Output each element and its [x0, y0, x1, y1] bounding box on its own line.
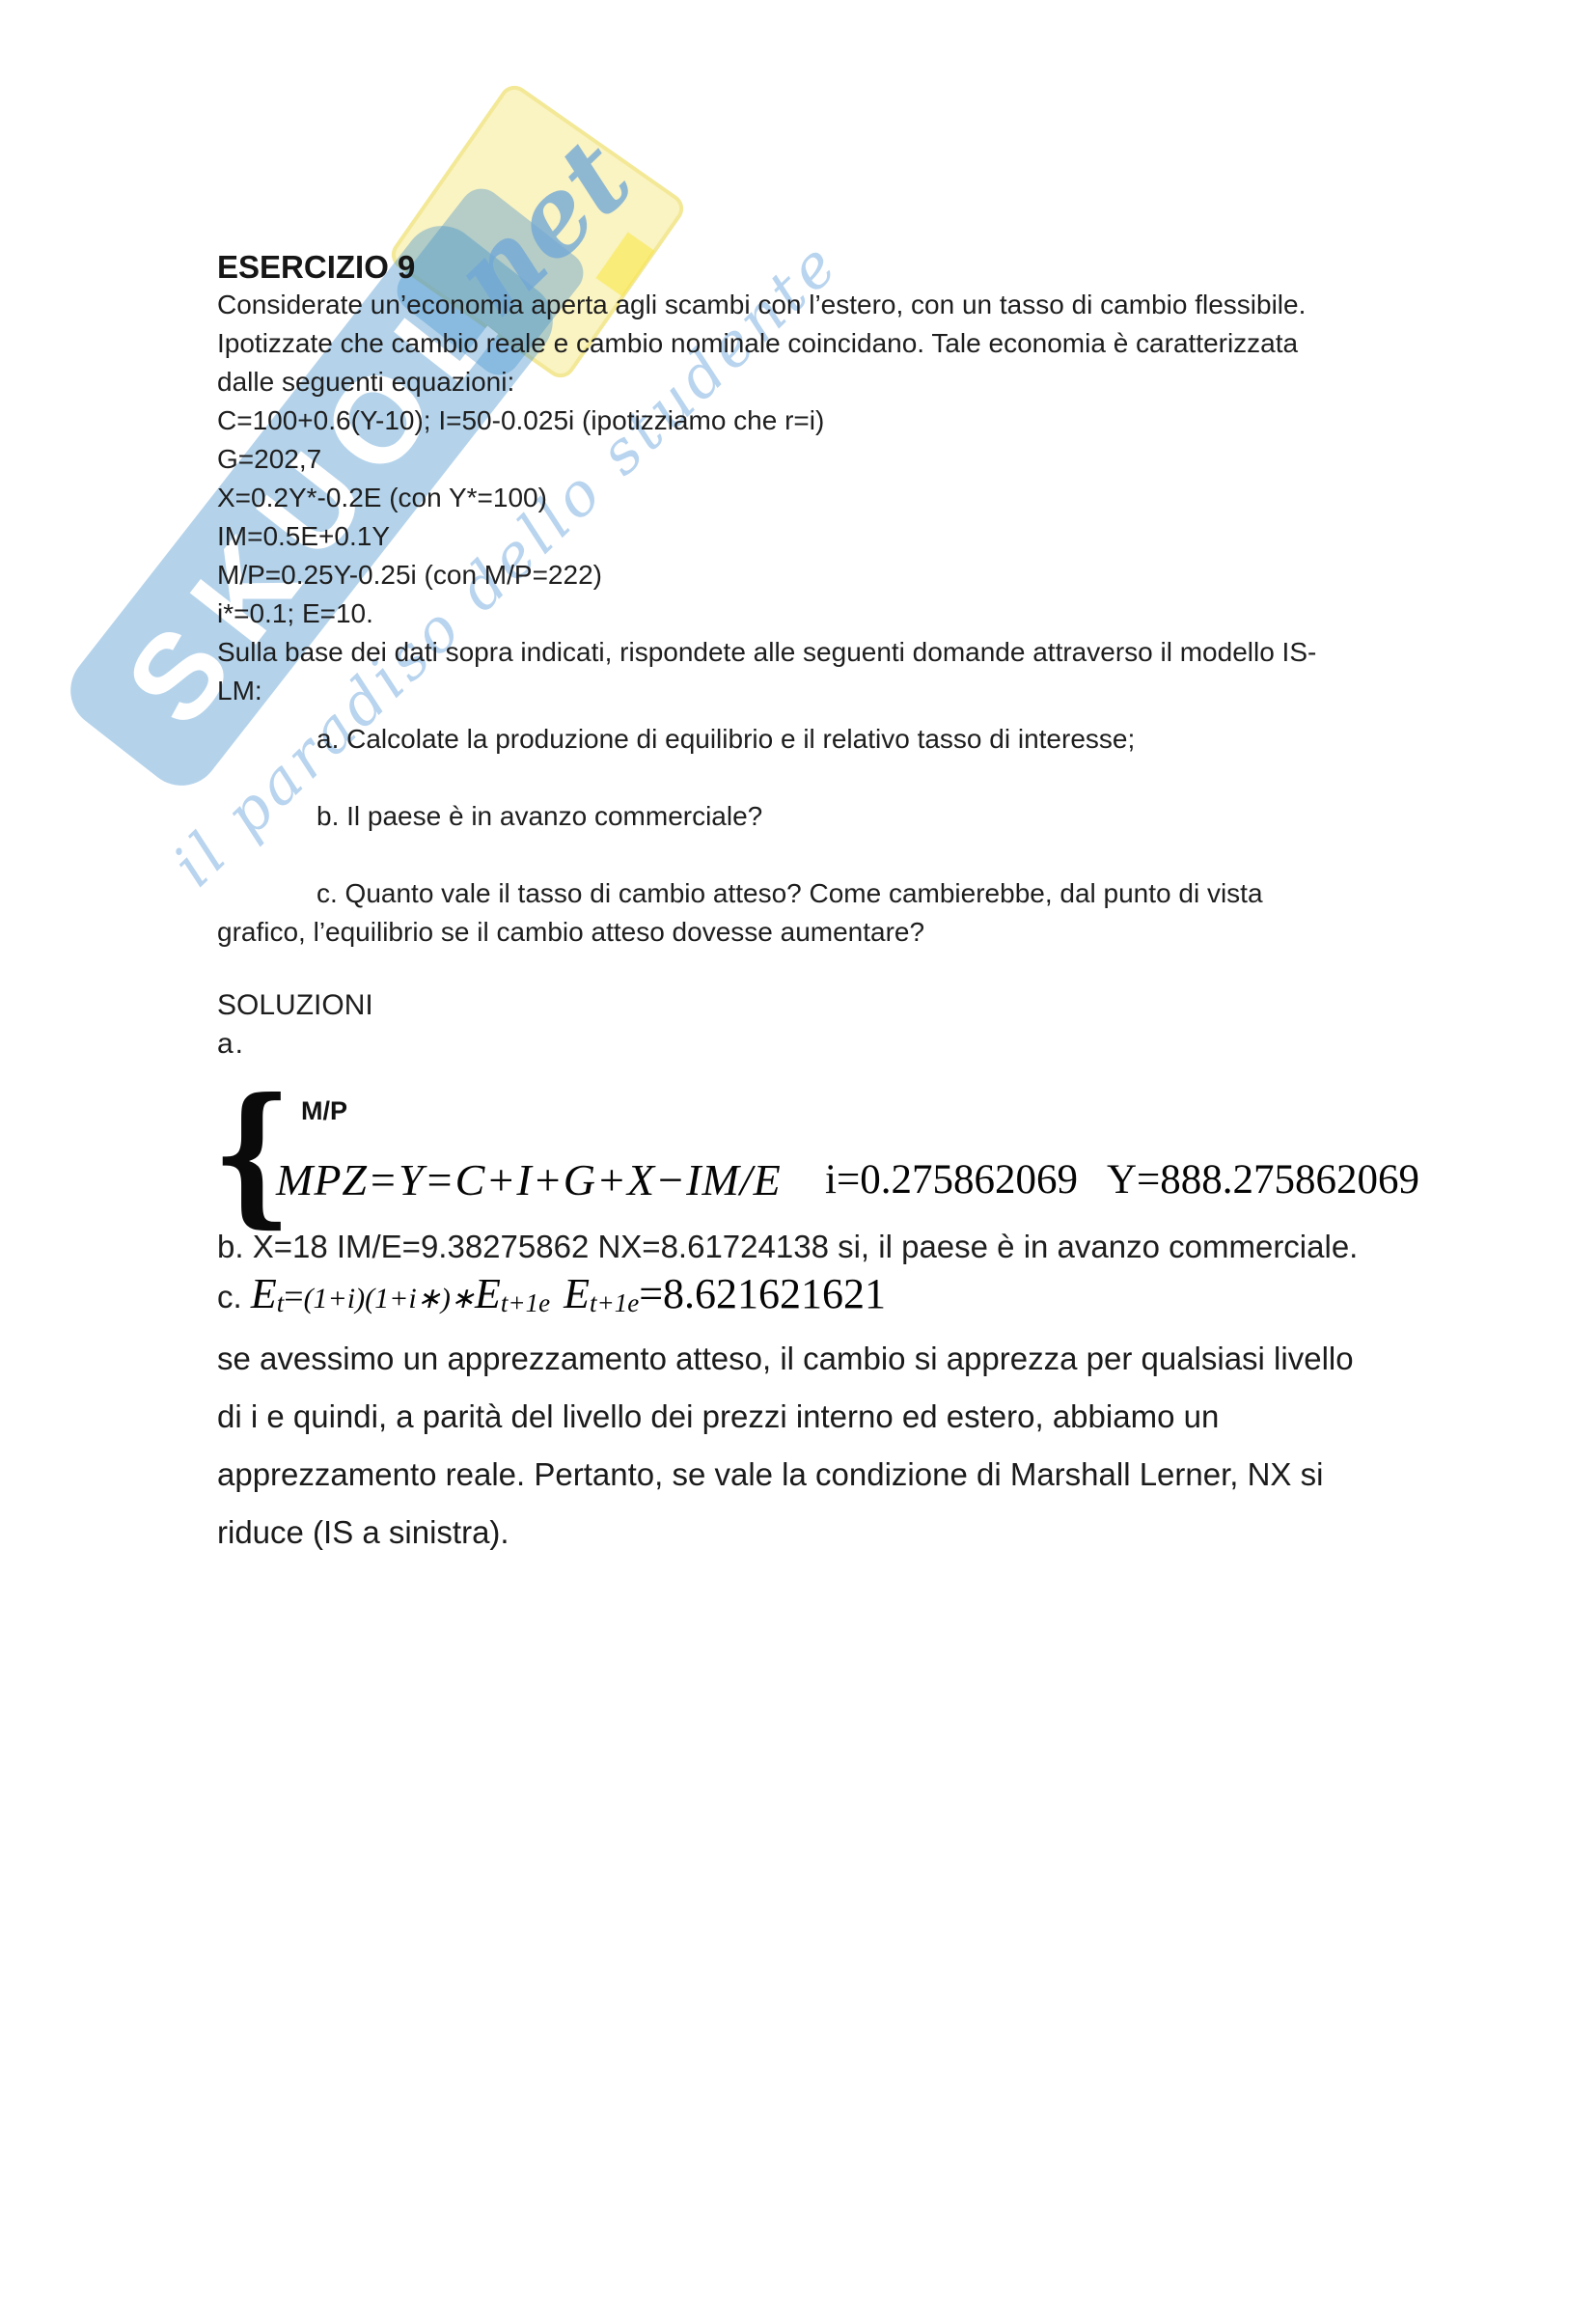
question-c: c. Quanto vale il tasso di cambio atteso…	[217, 874, 1263, 952]
math-E3: E	[564, 1270, 590, 1317]
math-sub3: t+1e	[590, 1288, 639, 1317]
math-equals: =	[284, 1277, 303, 1315]
question-c-line1: c. Quanto vale il tasso di cambio atteso…	[217, 874, 1263, 913]
solution-explanation: se avessimo un apprezzamento atteso, il …	[217, 1330, 1354, 1562]
system-results: i=0.275862069Y=888.275862069	[825, 1156, 1419, 1203]
document-content: ESERCIZIO 9 Considerate un’economia aper…	[0, 0, 1596, 2324]
question-c-line2: grafico, l’equilibrio se il cambio attes…	[217, 917, 924, 947]
exercise-prompt: Sulla base dei dati sopra indicati, risp…	[217, 633, 1316, 710]
question-a: a. Calcolate la produzione di equilibrio…	[217, 720, 1135, 759]
question-b: b. Il paese è in avanzo commerciale?	[217, 797, 762, 836]
system-is-equation: MPZ=Y=C+I+G+X−IM/E	[276, 1154, 782, 1205]
system-lm-label: M/P	[301, 1096, 347, 1126]
solution-c: c. Et=(1+i)(1+i∗)∗Et+1eEt+1e=8.621621621	[217, 1272, 886, 1325]
math-sub2: t+1e	[501, 1288, 550, 1317]
solution-c-prefix: c.	[217, 1279, 251, 1314]
exercise-title: ESERCIZIO 9	[217, 247, 415, 288]
exercise-intro-paragraph: Considerate un’economia aperta agli scam…	[217, 286, 1306, 401]
math-star: ∗	[451, 1283, 475, 1314]
math-E1: E	[251, 1270, 277, 1317]
result-output: Y=888.275862069	[1107, 1157, 1419, 1203]
result-interest-rate: i=0.275862069	[825, 1157, 1078, 1203]
solutions-heading: SOLUZIONI	[217, 986, 373, 1025]
solution-a-label: a.	[217, 1025, 245, 1064]
math-uip-group: (1+i)(1+i∗)	[304, 1283, 451, 1314]
solution-b: b. X=18 IM/E=9.38275862 NX=8.61724138 si…	[217, 1226, 1358, 1268]
math-result: =8.621621621	[639, 1270, 886, 1317]
math-E2: E	[475, 1270, 501, 1317]
exercise-equations: C=100+0.6(Y-10); I=50-0.025i (ipotizziam…	[217, 401, 824, 633]
document-page: il paradiso dello studente S K U O L net…	[0, 0, 1596, 2324]
